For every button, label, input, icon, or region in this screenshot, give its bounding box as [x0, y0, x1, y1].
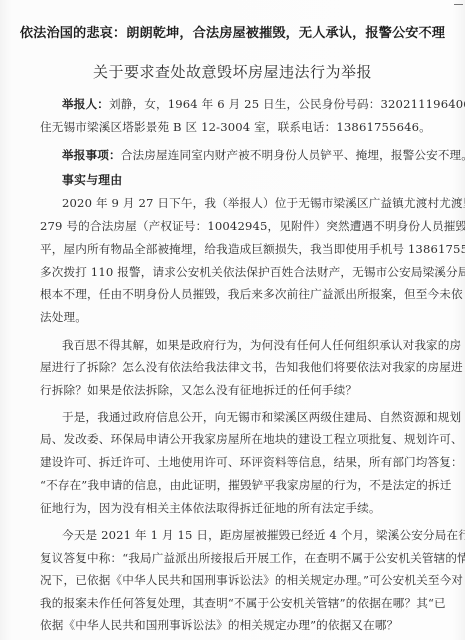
paragraph-1-line: 根本不理，任由不明身份人员摧毁，我后来多次前往广益派出所报案，但至今未依 — [40, 286, 463, 302]
paragraph-3-line: 于是，我通过政府信息公开，向无锡市和梁溪区两级住建局、自然资源和规划 — [62, 409, 461, 425]
paragraph-1-line: 法处理。 — [40, 309, 87, 325]
paragraph-2-line: 我百思不得其解，如果是政府行为，为何没有任何人任何组织承认对我家的房 — [62, 337, 461, 353]
paragraph-4-line: 依据《中华人民共和国刑事诉讼法》的相关规定办理”的依据又在哪？ — [40, 617, 398, 633]
document-headline: 依法治国的悲哀：朗朗乾坤，合法房屋被摧毁，无人承认，报警公安不理 — [0, 22, 465, 41]
paragraph-2-line: 屋进行了拆除？怎么没有依法给我法律文书，告知我他们将要依法对我家的房屋进 — [40, 359, 463, 375]
document-page: 依法治国的悲哀：朗朗乾坤，合法房屋被摧毁，无人承认，报警公安不理 关于要求查处故… — [0, 0, 465, 640]
reporter-details: 刘静，女，1964 年 6 月 25 日生，公民身份号码：32021119640… — [109, 97, 465, 111]
paragraph-1-line: 279 号的合法房屋（产权证号：10042945，见附件）突然遭遇不明身份人员摧… — [40, 218, 465, 234]
matter-text: 合法房屋连同室内财产被不明身份人员铲平、掩埋，报警公安不理。 — [121, 148, 465, 162]
paragraph-3-line: 建设许可、拆迁许可、土地使用许可、环评资料等信息，结果，所有部门均答复： — [40, 454, 463, 470]
paragraph-1-line: 多次拨打 110 报警，请求公安机关依法保护百姓合法财产，无锡市公安局梁溪分局 — [40, 264, 465, 280]
paragraph-2-line: 行拆除？如果是依法拆除，又怎么没有征地拆迁的任何手续？ — [40, 382, 357, 398]
reporter-label: 举报人： — [62, 97, 109, 111]
paragraph-3-line: “不存在”我申请的信息，由此证明，摧毁铲平我家房屋的行为，不是法定的拆迁 — [40, 477, 451, 493]
paragraph-4-line: 况下，已依据《中华人民共和国刑事诉讼法》的相关规定办理。”可公安机关至今对 — [40, 572, 463, 588]
paragraph-3-line: 征地行为，因为没有相关主体依法取得拆迁征地的所有法定手续。 — [40, 500, 381, 516]
paragraph-1-line: 2020 年 9 月 27 日下午，我（举报人）位于无锡市梁溪区广益镇尤渡村尤渡… — [62, 195, 465, 211]
paragraph-4-line: 我的报案未作任何答复处理，其查明“不属于公安机关管辖”的依据在哪？其“已 — [40, 595, 446, 611]
paragraph-3-line: 局、发改委、环保局申请公开我家房屋所在地块的建设工程立项批复、规划许可、 — [40, 431, 463, 447]
section-heading: 事实与理由 — [62, 171, 123, 188]
paragraph-1-line: 平，屋内所有物品全部被掩埋，给我造成巨额损失，我当即使用手机号 13861755… — [40, 241, 465, 257]
matter-line: 举报事项：合法房屋连同室内财产被不明身份人员铲平、掩埋，报警公安不理。 — [62, 147, 465, 163]
matter-label: 举报事项： — [62, 148, 121, 162]
reporter-line-1: 举报人：刘静，女，1964 年 6 月 25 日生，公民身份号码：3202111… — [62, 96, 465, 112]
reporter-line-2: 住无锡市梁溪区塔影景苑 B 区 12-3004 室，联系电话：138617556… — [40, 119, 431, 135]
scan-corner-mark — [454, 4, 463, 5]
paragraph-4-line: 复议答复中称：“我局广益派出所接报后开展工作，在查明不属于公安机关管辖的情 — [40, 550, 465, 566]
paragraph-4-line: 今天是 2021 年 1 月 15 日，距房屋被摧毁已经近 4 个月，梁溪公安分… — [62, 527, 465, 543]
document-title: 关于要求查处故意毁坏房屋违法行为举报 — [0, 61, 465, 82]
